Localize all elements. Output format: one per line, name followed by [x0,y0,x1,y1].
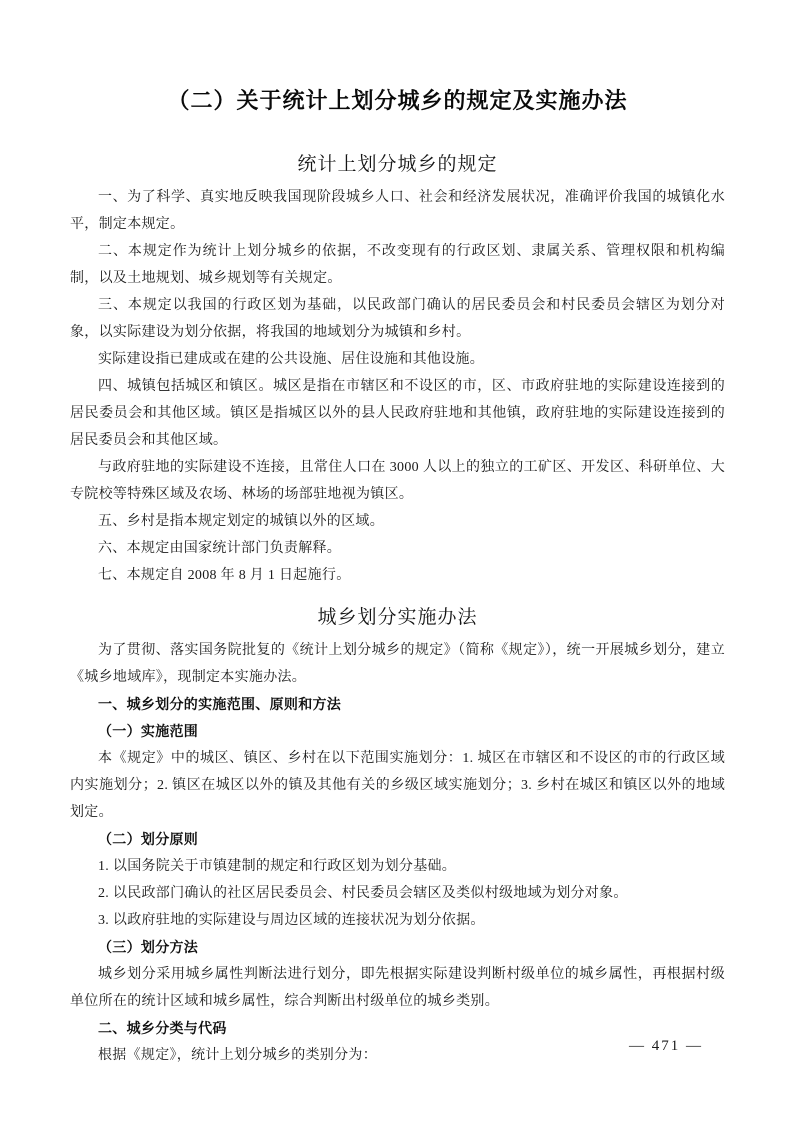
page-number: — 471 — [629,1034,703,1058]
regulation-paragraph-6: 与政府驻地的实际建设不连接，且常住人口在 3000 人以上的独立的工矿区、开发区… [70,454,725,508]
regulation-heading: 统计上划分城乡的规定 [70,152,725,178]
implementation-intro: 为了贯彻、落实国务院批复的《统计上划分城乡的规定》（简称《规定》），统一开展城乡… [70,637,725,691]
regulation-paragraph-4: 实际建设指已建成或在建的公共设施、居住设施和其他设施。 [70,346,725,373]
implementation-sub2-item-2: 2. 以民政部门确认的社区居民委员会、村民委员会辖区及类似村级地域为划分对象。 [70,880,725,907]
implementation-sub2-item-1: 1. 以国务院关于市镇建制的规定和行政区划为划分基础。 [70,853,725,880]
implementation-sub1-body: 本《规定》中的城区、镇区、乡村在以下范围实施划分：1. 城区在市辖区和不设区的市… [70,745,725,826]
implementation-sub2-item-3: 3. 以政府驻地的实际建设与周边区域的连接状况为划分依据。 [70,907,725,934]
document-page: （二）关于统计上划分城乡的规定及实施办法 统计上划分城乡的规定 一、为了科学、真… [0,0,793,1122]
implementation-section2-body: 根据《规定》，统计上划分城乡的类别分为： [70,1042,725,1069]
document-title: （二）关于统计上划分城乡的规定及实施办法 [70,86,725,116]
regulation-paragraph-2: 二、本规定作为统计上划分城乡的依据，不改变现有的行政区划、隶属关系、管理权限和机… [70,238,725,292]
implementation-body: 为了贯彻、落实国务院批复的《统计上划分城乡的规定》（简称《规定》），统一开展城乡… [70,637,725,1069]
regulation-paragraph-3: 三、本规定以我国的行政区划为基础，以民政部门确认的居民委员会和村民委员会辖区为划… [70,292,725,346]
implementation-sub1-heading: （一）实施范围 [70,718,725,745]
page-content: （二）关于统计上划分城乡的规定及实施办法 统计上划分城乡的规定 一、为了科学、真… [70,0,725,1069]
regulation-paragraph-9: 七、本规定自 2008 年 8 月 1 日起施行。 [70,562,725,589]
implementation-sub2-heading: （二）划分原则 [70,826,725,853]
implementation-section2-heading: 二、城乡分类与代码 [70,1015,725,1042]
implementation-sub3-heading: （三）划分方法 [70,934,725,961]
regulation-body: 一、为了科学、真实地反映我国现阶段城乡人口、社会和经济发展状况，准确评价我国的城… [70,184,725,589]
implementation-section1-heading: 一、城乡划分的实施范围、原则和方法 [70,691,725,718]
regulation-paragraph-7: 五、乡村是指本规定划定的城镇以外的区域。 [70,508,725,535]
regulation-paragraph-5: 四、城镇包括城区和镇区。城区是指在市辖区和不设区的市，区、市政府驻地的实际建设连… [70,373,725,454]
implementation-sub3-body: 城乡划分采用城乡属性判断法进行划分，即先根据实际建设判断村级单位的城乡属性，再根… [70,961,725,1015]
regulation-paragraph-8: 六、本规定由国家统计部门负责解释。 [70,535,725,562]
regulation-paragraph-1: 一、为了科学、真实地反映我国现阶段城乡人口、社会和经济发展状况，准确评价我国的城… [70,184,725,238]
implementation-heading: 城乡划分实施办法 [70,605,725,631]
